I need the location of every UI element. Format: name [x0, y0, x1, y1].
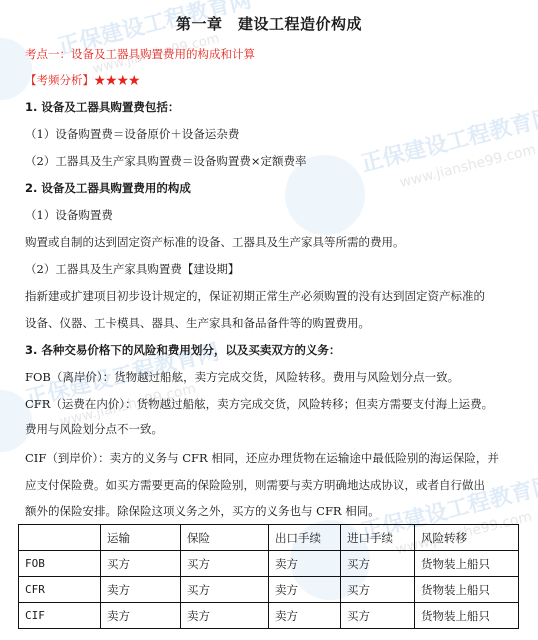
- section-2-item-1-desc: 购置或自制的达到固定资产标准的设备、工器具及生产家具等所需的费用。: [25, 234, 405, 250]
- section-2-item-2-desc-line-2: 设备、仪器、工卡模具、器具、生产家具和备品备件等的购置费用。: [25, 315, 370, 331]
- section-1-item-1: （1）设备购置费＝设备原价＋设备运杂费: [25, 126, 239, 142]
- table-header-cell: 运输: [101, 525, 181, 551]
- section-2-item-1: （1）设备购置费: [25, 207, 113, 223]
- table-cell: 卖方: [269, 577, 341, 603]
- section-2-item-2-desc-line-1: 指新建或扩建项目初步设计规定的，保证初期正常生产必须购置的没有达到固定资产标准的: [25, 288, 485, 304]
- table-cell: 买方: [181, 577, 269, 603]
- watermark-brand: 正保建设工程教育网: [358, 100, 538, 178]
- table-cell: 买方: [341, 577, 415, 603]
- frequency-analysis: 【考频分析】★★★★: [25, 72, 140, 88]
- cif-description-line-1: CIF（到岸价）：卖方的义务与 CFR 相同，还应办理货物在运输途中最低险别的海…: [25, 450, 499, 466]
- section-1-item-2: （2）工器具及生产家具购置费＝设备购置费×定额费率: [25, 153, 306, 169]
- section-3-heading: 3. 各种交易价格下的风险和费用划分，以及买卖双方的义务：: [25, 342, 340, 358]
- cfr-description-line-2: 费用与风险划分点不一致。: [25, 421, 163, 437]
- table-cell: 货物装上船只: [415, 603, 519, 629]
- table-header-row: 运输 保险 出口手续 进口手续 风险转移: [19, 525, 519, 551]
- table-cell: 卖方: [101, 577, 181, 603]
- table-row: CFR 卖方 买方 卖方 买方 货物装上船只: [19, 577, 519, 603]
- table-cell: CIF: [19, 603, 101, 629]
- trade-terms-table: 运输 保险 出口手续 进口手续 风险转移 FOB 买方 买方 卖方 买方 货物装…: [18, 524, 519, 629]
- table-cell: 卖方: [269, 603, 341, 629]
- table-cell: 买方: [341, 603, 415, 629]
- table-cell: 卖方: [269, 551, 341, 577]
- watermark-url: www.jianshe99.com: [398, 142, 537, 191]
- cfr-description-line-1: CFR（运费在内价）：货物越过船舷，卖方完成交货，风险转移；但卖方需要支付海上运…: [25, 396, 493, 412]
- table-cell: 货物装上船只: [415, 577, 519, 603]
- chapter-title: 第一章 建设工程造价构成: [0, 13, 538, 34]
- cif-description-line-2: 应支付保险费。如买方需要更高的保险险别，则需要与卖方明确地达成协议，或者自行做出: [25, 477, 485, 493]
- watermark-right-upper: 正保建设工程教育网 www.jianshe99.com: [290, 95, 538, 215]
- table-cell: FOB: [19, 551, 101, 577]
- table-cell: 买方: [181, 551, 269, 577]
- table-header-cell: [19, 525, 101, 551]
- section-2-heading: 2. 设备及工器具购置费用的构成: [25, 180, 191, 196]
- table-cell: 买方: [101, 551, 181, 577]
- section-2-item-2: （2）工器具及生产家具购置费【建设期】: [25, 261, 239, 277]
- table-row: CIF 卖方 卖方 卖方 买方 货物装上船只: [19, 603, 519, 629]
- star-rating-icon: ★★★★: [94, 73, 140, 87]
- table-header-cell: 保险: [181, 525, 269, 551]
- table-header-cell: 进口手续: [341, 525, 415, 551]
- section-1-heading: 1. 设备及工器具购置费包括：: [25, 99, 179, 115]
- table-cell: 卖方: [181, 603, 269, 629]
- table-header-cell: 风险转移: [415, 525, 519, 551]
- table-cell: 货物装上船只: [415, 551, 519, 577]
- exam-point-heading: 考点一：设备及工器具购置费用的构成和计算: [25, 46, 255, 62]
- fob-description: FOB（离岸价）：货物越过船舷，卖方完成交货，风险转移。费用与风险划分点一致。: [25, 369, 459, 385]
- frequency-label: 【考频分析】: [25, 73, 94, 87]
- table-cell: 买方: [341, 551, 415, 577]
- table-cell: CFR: [19, 577, 101, 603]
- table-row: FOB 买方 买方 卖方 买方 货物装上船只: [19, 551, 519, 577]
- table-header-cell: 出口手续: [269, 525, 341, 551]
- cif-description-line-3: 额外的保险安排。除保险这项义务之外，买方的义务也与 CFR 相同。: [25, 503, 380, 519]
- document-page: 正保建设工程教育网 www.jianshe99.com 正保建设工程教育网 ww…: [0, 0, 538, 640]
- table-cell: 卖方: [101, 603, 181, 629]
